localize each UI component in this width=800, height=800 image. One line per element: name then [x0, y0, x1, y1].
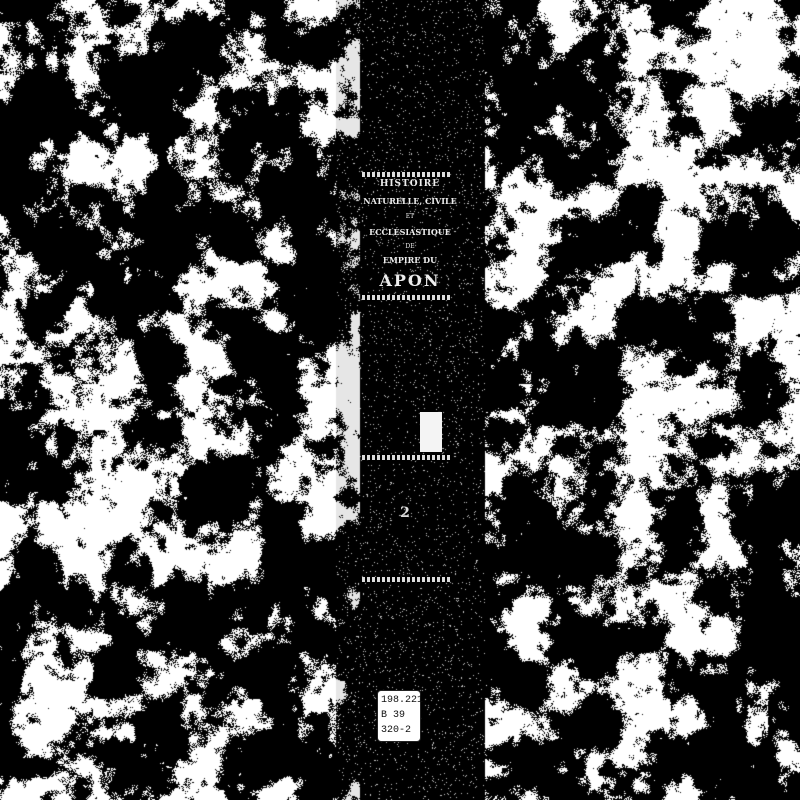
- shelf-label: 198.221 B 39 320-2: [377, 690, 421, 742]
- title-line: EMPIRE DU: [360, 256, 460, 264]
- title-line: NATURELLE, CIVILE: [360, 197, 460, 205]
- spine-ornament-band: [362, 172, 450, 177]
- spine-ornament-band: [362, 577, 450, 582]
- title-line: ET: [360, 214, 460, 220]
- shelf-label-line: 198.221: [381, 693, 420, 708]
- spine-ornament-band: [362, 295, 450, 300]
- title-line: DE: [360, 244, 460, 250]
- volume-number: 2: [395, 505, 415, 521]
- shelf-label-line: 320-2: [381, 723, 420, 738]
- title-line: HISTOIRE: [360, 180, 460, 189]
- title-line: APON: [360, 273, 460, 289]
- title-line: ECCLÉSIASTIQUE: [360, 228, 460, 236]
- spine-title: HISTOIRE NATURELLE, CIVILE ET ECCLÉSIAST…: [360, 180, 460, 289]
- spine: [335, 0, 485, 800]
- shelf-label-line: B 39: [381, 708, 420, 723]
- spine-ornament-band: [362, 455, 450, 460]
- spine-label-piece: [420, 412, 442, 452]
- book-scan: HISTOIRE NATURELLE, CIVILE ET ECCLÉSIAST…: [0, 0, 800, 800]
